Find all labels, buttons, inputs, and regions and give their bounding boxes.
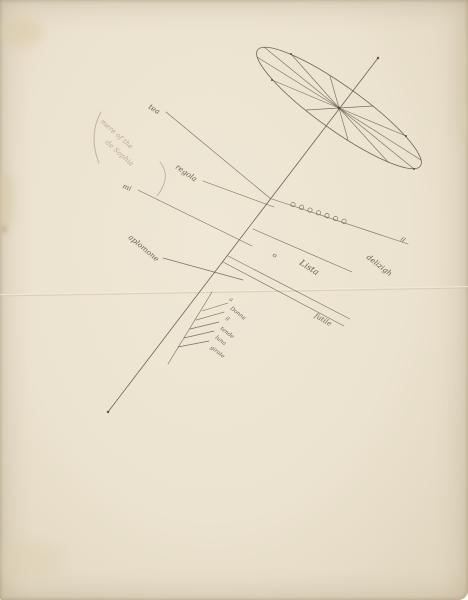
spoked-wheel	[245, 32, 433, 184]
ladder-top-mark: a	[228, 297, 234, 304]
pencil-open-paren	[94, 112, 101, 163]
pencil-close-paren	[157, 162, 165, 196]
loop-scribbles	[291, 202, 346, 223]
ladder-label-2: il	[224, 316, 231, 323]
loops-end-label: il	[399, 235, 407, 244]
main-shaft	[107, 57, 379, 413]
loop-scribble-branch: il	[272, 199, 408, 244]
fold-crease	[0, 287, 468, 296]
branch-label-fourth: aplomone	[127, 233, 162, 264]
aged-paper-sheet: tea regola mi aplomone il delizigh o Lis…	[0, 0, 468, 600]
branch-label-third: mi	[121, 182, 132, 193]
branch-line-second	[203, 181, 274, 207]
branch-label-second: regola	[174, 162, 199, 183]
lista-branch: o Lista	[253, 229, 352, 278]
branch-label-top: tea	[147, 102, 162, 116]
ladder: a Donna il tende luna girate	[168, 292, 247, 364]
ladder-label-5: girate	[209, 345, 226, 360]
paper-stains	[0, 17, 468, 580]
ladder-rail	[168, 292, 212, 364]
branch-line-top	[166, 112, 271, 199]
lista-label: Lista	[297, 258, 321, 278]
sketch-canvas: tea regola mi aplomone il delizigh o Lis…	[0, 0, 468, 600]
ladder-label-4: luna	[214, 335, 227, 347]
parallel-end-label: futile	[312, 311, 333, 328]
ladder-label-1: Donna	[228, 305, 247, 321]
branch-line-fourth	[163, 258, 243, 280]
branch-line-third	[138, 190, 252, 246]
lista-prefix-label: o	[271, 251, 278, 260]
right-diagonal-label: delizigh	[365, 252, 394, 278]
